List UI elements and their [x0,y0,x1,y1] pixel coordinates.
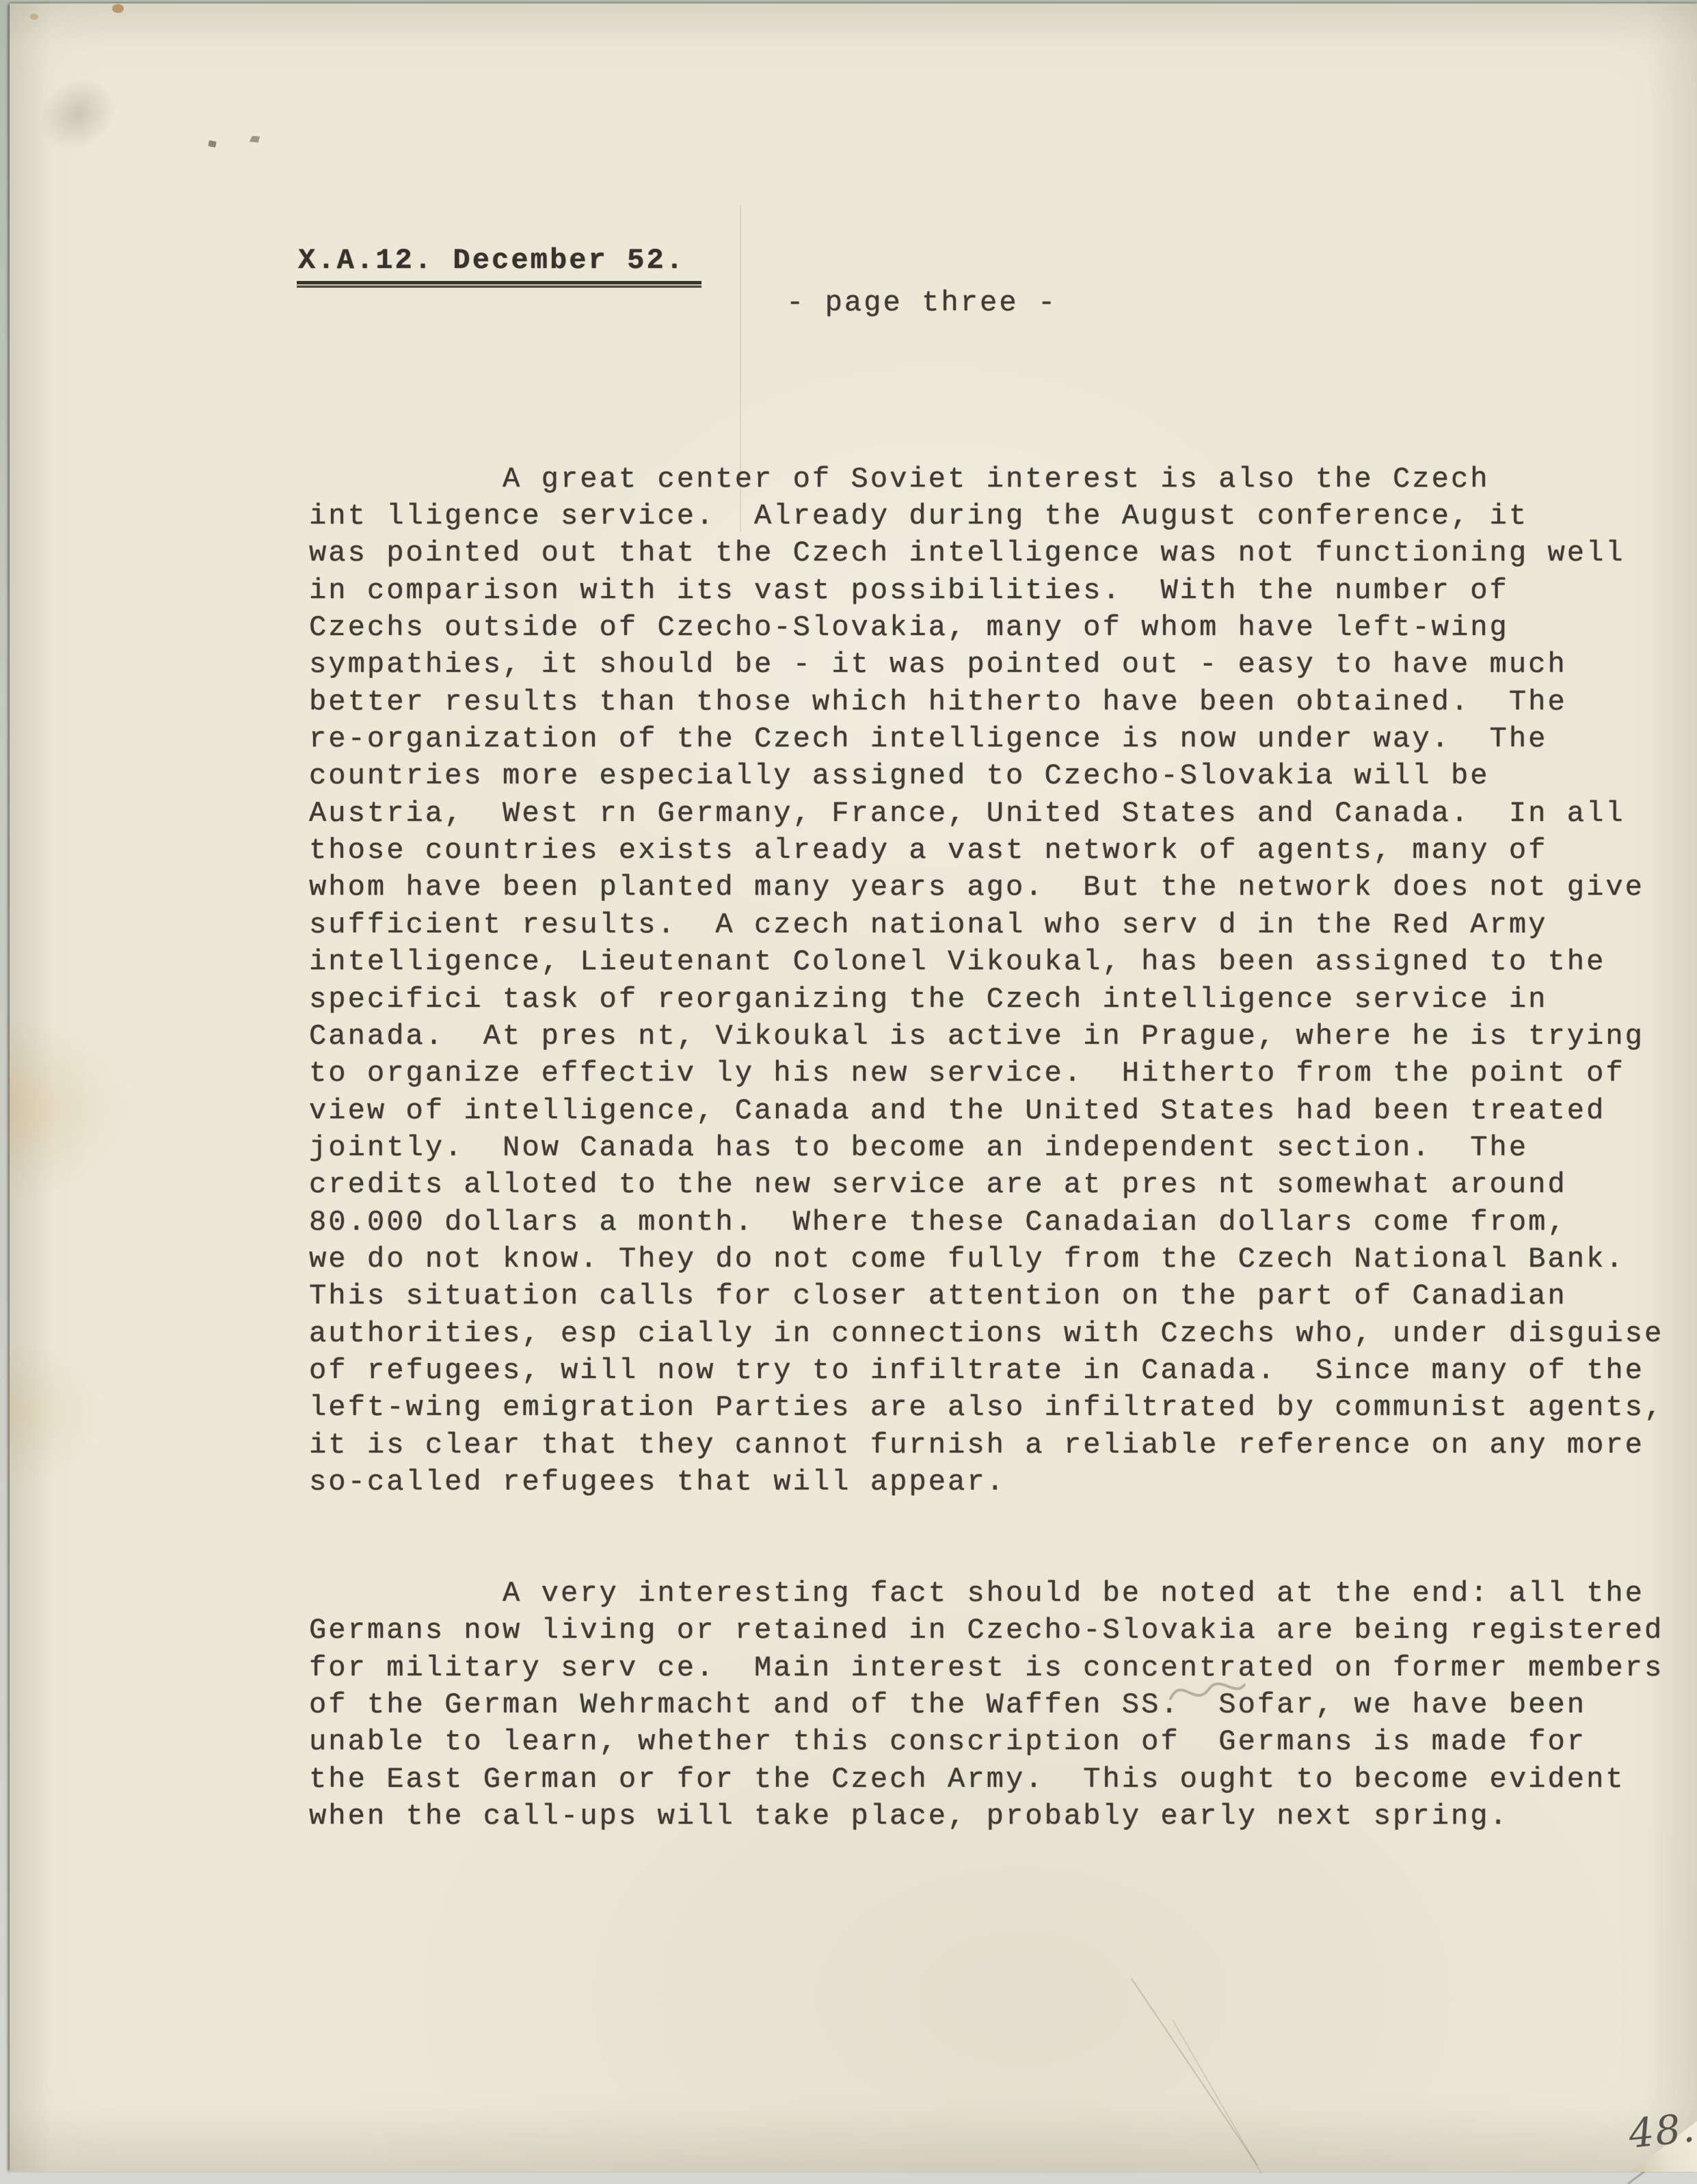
text-line: unable to learn, whether this conscripti… [309,1723,1663,1760]
paragraph: A great center of Soviet interest is als… [309,461,1663,1501]
text-line: Canada. At pres nt, Vikoukal is active i… [309,1018,1663,1055]
text-line: int lligence service. Already during the… [309,498,1663,535]
stain-spot [30,14,38,20]
document-reference-header: X.A.12. December 52. [298,244,685,277]
text-line: Austria, West rn Germany, France, United… [309,795,1663,832]
text-line: view of intelligence, Canada and the Uni… [309,1092,1663,1129]
stain-spot [112,4,124,13]
handwritten-page-number: 48. [1627,2104,1697,2157]
text-line: those countries exists already a vast ne… [309,832,1663,869]
text-line: A very interesting fact should be noted … [309,1575,1663,1612]
text-line: sympathies, it should be - it was pointe… [309,646,1663,683]
paper-sheet: X.A.12. December 52. - page three - A gr… [10,3,1697,2172]
text-line: re-organization of the Czech intelligenc… [309,720,1663,757]
ink-speck [208,140,217,148]
text-line: whom have been planted many years ago. B… [309,869,1663,906]
text-line: countries more especially assigned to Cz… [309,757,1663,794]
text-line: of refugees, will now try to infiltrate … [309,1352,1663,1389]
scanned-document-screenshot: { "colors": { "scan_bg": "#c7cabf", "pap… [0,0,1697,2184]
text-line: in comparison with its vast possibilitie… [309,572,1663,609]
pencil-smudge-mark [25,63,131,165]
text-line: credits alloted to the new service are a… [309,1166,1663,1203]
text-line: sufficient results. A czech national who… [309,906,1663,943]
text-line: it is clear that they cannot furnish a r… [309,1427,1663,1464]
text-line: 80.000 dollars a month. Where these Cana… [309,1204,1663,1241]
header-underline [297,281,701,288]
page-number-label: - page three - [786,286,1057,319]
text-line: intelligence, Lieutenant Colonel Vikouka… [309,943,1663,980]
scratch-line [1131,1978,1258,2166]
document-body: A great center of Soviet interest is als… [309,386,1663,1909]
text-line: Czechs outside of Czecho-Slovakia, many … [309,609,1663,646]
text-line: A great center of Soviet interest is als… [309,461,1663,498]
text-line: was pointed out that the Czech intellige… [309,535,1663,571]
ink-speck [248,134,262,146]
text-line: of the German Wehrmacht and of the Waffe… [309,1686,1663,1723]
paragraph: A very interesting fact should be noted … [309,1575,1663,1835]
text-line: Germans now living or retained in Czecho… [309,1612,1663,1649]
text-line: specifici task of reorganizing the Czech… [309,981,1663,1018]
text-line: we do not know. They do not come fully f… [309,1241,1663,1278]
text-line: left-wing emigration Parties are also in… [309,1389,1663,1426]
text-line: to organize effectiv ly his new service.… [309,1055,1663,1092]
text-line: so-called refugees that will appear. [309,1464,1663,1500]
text-line: authorities, esp cially in connections w… [309,1315,1663,1352]
text-line: better results than those which hitherto… [309,684,1663,720]
text-line: jointly. Now Canada has to become an ind… [309,1129,1663,1166]
text-line: for military serv ce. Main interest is c… [309,1649,1663,1686]
text-line: the East German or for the Czech Army. T… [309,1761,1663,1798]
text-line: This situation calls for closer attentio… [309,1278,1663,1315]
scratch-line [1172,2019,1262,2174]
text-line: when the call-ups will take place, proba… [309,1798,1663,1835]
